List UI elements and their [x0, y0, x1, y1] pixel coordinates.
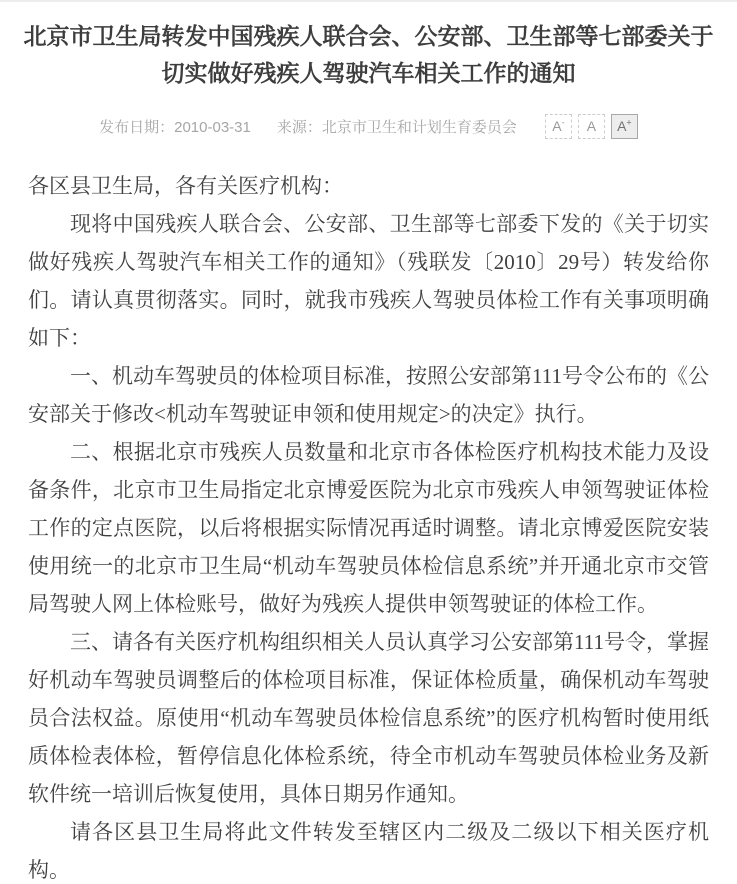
- font-normal-label: A: [587, 118, 596, 134]
- meta-row: 发布日期：2010-03-31 来源：北京市卫生和计划生育委员会 A- A A+: [0, 114, 737, 139]
- paragraph-item-3: 三、请各有关医疗机构组织相关人员认真学习公安部第111号令，掌握好机动车驾驶员调…: [28, 623, 709, 813]
- paragraph-closing: 请各区县卫生局将此文件转发至辖区内二级及二级以下相关医疗机构。: [28, 813, 709, 884]
- page-title: 北京市卫生局转发中国残疾人联合会、公安部、卫生部等七部委关于切实做好残疾人驾驶汽…: [18, 18, 719, 92]
- paragraph-item-2: 二、根据北京市残疾人员数量和北京市各体检医疗机构技术能力及设备条件，北京市卫生局…: [28, 433, 709, 623]
- article-body: 各区县卫生局，各有关医疗机构： 现将中国残疾人联合会、公安部、卫生部等七部委下发…: [0, 139, 737, 884]
- plus-icon: +: [626, 117, 631, 127]
- minus-icon: -: [562, 117, 565, 127]
- source: 来源：北京市卫生和计划生育委员会: [277, 116, 517, 137]
- font-decrease-label: A: [552, 118, 561, 134]
- publish-date-value: 2010-03-31: [174, 119, 251, 136]
- publish-date: 发布日期：2010-03-31: [99, 116, 251, 137]
- font-size-controls: A- A A+: [545, 114, 638, 139]
- font-normal-button[interactable]: A: [578, 114, 605, 139]
- source-value: 北京市卫生和计划生育委员会: [322, 119, 517, 136]
- paragraph-intro: 现将中国残疾人联合会、公安部、卫生部等七部委下发的《关于切实做好残疾人驾驶汽车相…: [28, 205, 709, 357]
- source-label: 来源：: [277, 119, 322, 136]
- salutation: 各区县卫生局，各有关医疗机构：: [28, 167, 709, 205]
- font-decrease-button[interactable]: A-: [545, 114, 572, 139]
- page-top-divider: [0, 0, 737, 2]
- notice-page: 北京市卫生局转发中国残疾人联合会、公安部、卫生部等七部委关于切实做好残疾人驾驶汽…: [0, 0, 737, 884]
- paragraph-item-1: 一、机动车驾驶员的体检项目标准，按照公安部第111号令公布的《公安部关于修改<机…: [28, 357, 709, 433]
- publish-date-label: 发布日期：: [99, 119, 174, 136]
- font-increase-button[interactable]: A+: [611, 114, 638, 139]
